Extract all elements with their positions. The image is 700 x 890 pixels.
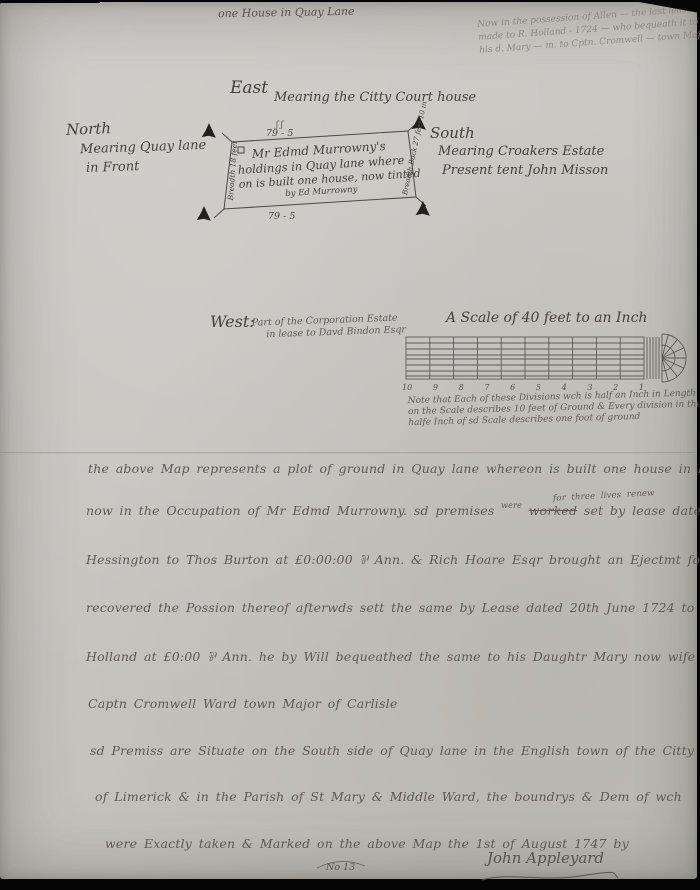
scale-number: 7 <box>484 383 489 392</box>
west-label: West: <box>210 312 255 331</box>
scale-ruler-drawing <box>404 332 692 386</box>
scanned-document-page: one House in Quay Lane Now in the posses… <box>0 0 700 890</box>
body-line-1: the above Map represents a plot of groun… <box>88 461 700 476</box>
north-label: North <box>66 119 112 139</box>
body-interline-note: for three lives renew <box>553 488 655 503</box>
body-line-2: now in the Occupation of Mr Edmd Murrown… <box>86 503 700 518</box>
compass-mark-icon <box>199 122 219 142</box>
plot-bottom-measure: 79 - 5 <box>268 211 295 222</box>
west-note: Part of the Corporation Estate in lease … <box>252 312 407 341</box>
body-line-3: Hessington to Thos Burton at £0:00:00 ⅌ … <box>86 551 700 568</box>
plot-inner-text: Mr Edmd Murrowny's holdings in Quay lane… <box>237 138 404 202</box>
scale-number: 4 <box>562 383 567 392</box>
signature-flourish <box>480 870 620 884</box>
body-line-2-struck-word: worked <box>529 503 577 518</box>
signature: John Appleyard <box>487 849 604 867</box>
north-note-2: in Front <box>86 159 140 176</box>
plot-top-measure: 79 - 5 <box>266 128 293 139</box>
compass-mark-icon <box>413 200 433 220</box>
body-line-4: recovered the Possion thereof afterwds s… <box>86 600 700 615</box>
scale-number: 8 <box>459 383 464 392</box>
compass-mark-icon <box>194 205 214 225</box>
scale-number: 6 <box>510 383 515 392</box>
body-line-2-end: set by lease dated 6th Augt 1700 by L <box>584 503 700 518</box>
south-note-2: Present tent John Misson <box>442 163 608 178</box>
scale-number: 5 <box>536 383 541 392</box>
body-line-2-insert: were <box>501 501 522 510</box>
scale-title: A Scale of 40 feet to an Inch <box>446 310 647 326</box>
doc-number: No 13 <box>326 862 355 873</box>
body-line-8: of Limerick & in the Parish of St Mary &… <box>95 789 682 804</box>
south-note-1: Mearing Croakers Estate <box>438 144 604 159</box>
south-label: South <box>430 124 475 142</box>
body-line-6: Captn Cromwell Ward town Major of Carlis… <box>88 696 397 711</box>
fold-crease <box>0 452 697 454</box>
top-center-annotation: one House in Quay Lane <box>218 5 355 20</box>
scan-edge-corner <box>628 0 700 13</box>
scale-number: 10 <box>402 383 412 392</box>
body-line-2-start: now in the Occupation of Mr Edmd Murrown… <box>86 503 494 518</box>
body-line-7: sd Premiss are Situate on the South side… <box>90 743 694 758</box>
body-line-5: Holland at £0:00 ⅌ Ann. he by Will beque… <box>86 648 700 665</box>
scale-number: 9 <box>433 383 438 392</box>
north-note-1: Mearing Quay lane <box>80 138 207 157</box>
east-label: East <box>230 78 268 98</box>
scan-edge-strip <box>0 0 100 3</box>
east-note: Mearing the Citty Court house <box>274 90 476 105</box>
paper-sheet: one House in Quay Lane Now in the posses… <box>0 2 697 879</box>
scale-note: Note that Each of these Divisions wch is… <box>408 388 700 429</box>
